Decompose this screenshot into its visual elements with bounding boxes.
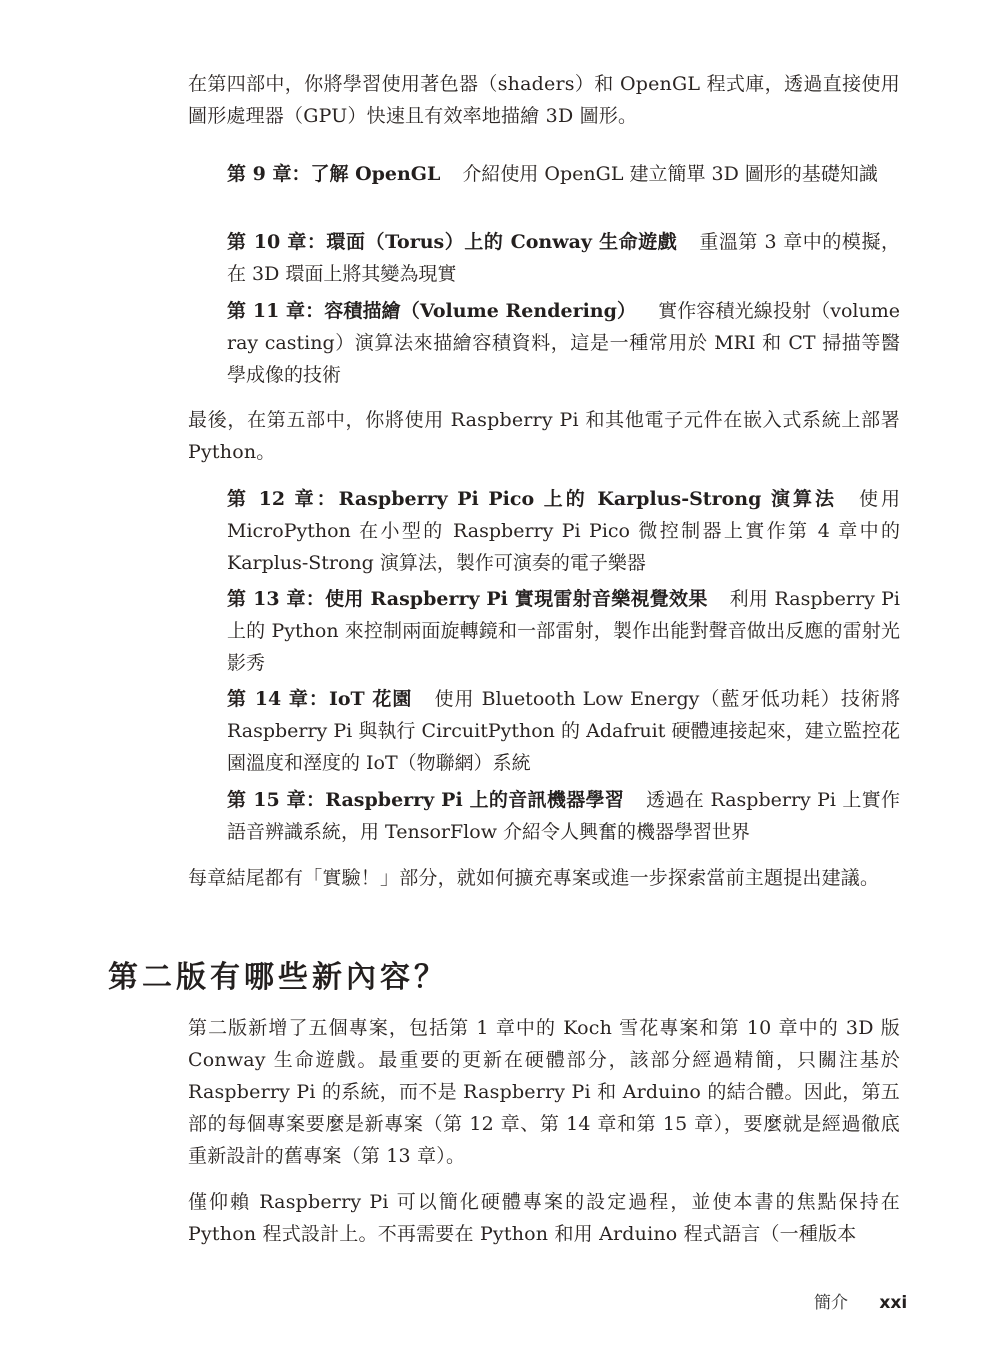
chapter-9-entry: 第 9 章：了解 OpenGL介紹使用 OpenGL 建立簡單 3D 圖形的基礎…	[227, 158, 900, 190]
chapter-13-entry: 第 13 章：使用 Raspberry Pi 實現雷射音樂視覺效果利用 Rasp…	[227, 583, 900, 679]
chapter-title: 第 9 章：了解 OpenGL	[227, 163, 440, 185]
new-edition-paragraph-2: 僅仰賴 Raspberry Pi 可以簡化硬體專案的設定過程，並使本書的焦點保持…	[188, 1186, 900, 1250]
page-footer: 簡介 xxi	[814, 1288, 907, 1313]
chapter-title: 第 10 章：環面（Torus）上的 Conway 生命遊戲	[227, 231, 677, 253]
section-heading: 第二版有哪些新內容？	[108, 952, 448, 996]
book-page: 在第四部中，你將學習使用著色器（shaders）和 OpenGL 程式庫，透過直…	[0, 0, 1000, 1352]
chapter-title: 第 12 章：Raspberry Pi Pico 上的 Karplus-Stro…	[227, 488, 837, 510]
chapter-15-entry: 第 15 章：Raspberry Pi 上的音訊機器學習透過在 Raspberr…	[227, 784, 900, 848]
chapter-10-entry: 第 10 章：環面（Torus）上的 Conway 生命遊戲重溫第 3 章中的模…	[227, 226, 900, 290]
chapter-12-entry: 第 12 章：Raspberry Pi Pico 上的 Karplus-Stro…	[227, 483, 900, 579]
intro-part4-paragraph: 在第四部中，你將學習使用著色器（shaders）和 OpenGL 程式庫，透過直…	[188, 68, 900, 132]
chapter-title: 第 11 章：容積描繪（Volume Rendering）	[227, 300, 636, 322]
chapter-title: 第 14 章：IoT 花園	[227, 688, 412, 710]
intro-part5-paragraph: 最後，在第五部中，你將使用 Raspberry Pi 和其他電子元件在嵌入式系統…	[188, 404, 900, 468]
new-edition-paragraph-1: 第二版新增了五個專案，包括第 1 章中的 Koch 雪花專案和第 10 章中的 …	[188, 1012, 900, 1172]
experiments-paragraph: 每章結尾都有「實驗！」部分，就如何擴充專案或進一步探索當前主題提出建議。	[188, 862, 900, 894]
chapter-description: 介紹使用 OpenGL 建立簡單 3D 圖形的基礎知識	[462, 163, 878, 185]
footer-section-label: 簡介	[814, 1293, 848, 1313]
chapter-title: 第 15 章：Raspberry Pi 上的音訊機器學習	[227, 789, 624, 811]
page-number: xxi	[879, 1293, 907, 1313]
chapter-11-entry: 第 11 章：容積描繪（Volume Rendering）實作容積光線投射（vo…	[227, 295, 900, 391]
chapter-title: 第 13 章：使用 Raspberry Pi 實現雷射音樂視覺效果	[227, 588, 708, 610]
chapter-14-entry: 第 14 章：IoT 花園使用 Bluetooth Low Energy（藍牙低…	[227, 683, 900, 779]
